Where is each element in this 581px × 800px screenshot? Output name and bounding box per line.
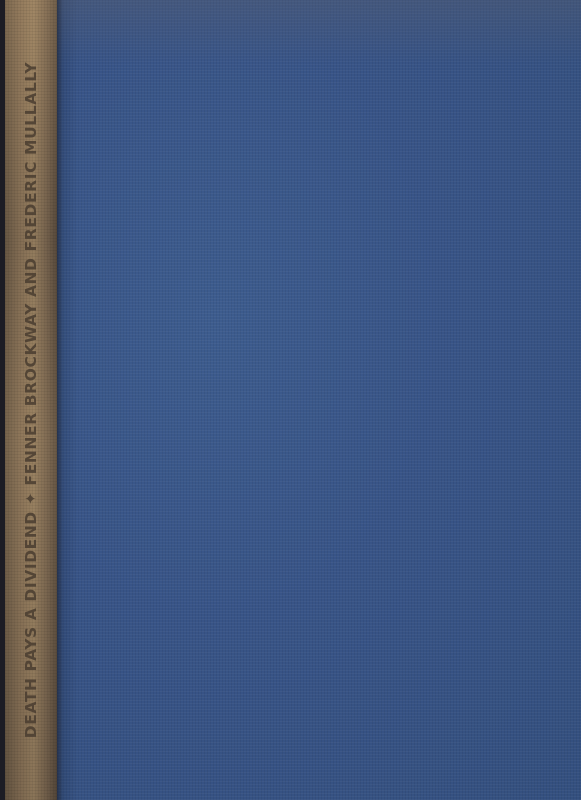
spine-hinge-shadow [57, 0, 63, 800]
spine-title: DEATH PAYS A DIVIDEND [22, 511, 40, 738]
spine-authors: FENNER BROCKWAY AND FREDERIC MULLALLY [22, 62, 40, 486]
spine-lettering: DEATH PAYS A DIVIDEND✦FENNER BROCKWAY AN… [22, 10, 40, 790]
book-spine: DEATH PAYS A DIVIDEND✦FENNER BROCKWAY AN… [5, 0, 57, 800]
book-cover-photo: DEATH PAYS A DIVIDEND✦FENNER BROCKWAY AN… [0, 0, 581, 800]
blue-cloth-front-board [57, 0, 581, 800]
spine-separator-icon: ✦ [22, 492, 40, 506]
